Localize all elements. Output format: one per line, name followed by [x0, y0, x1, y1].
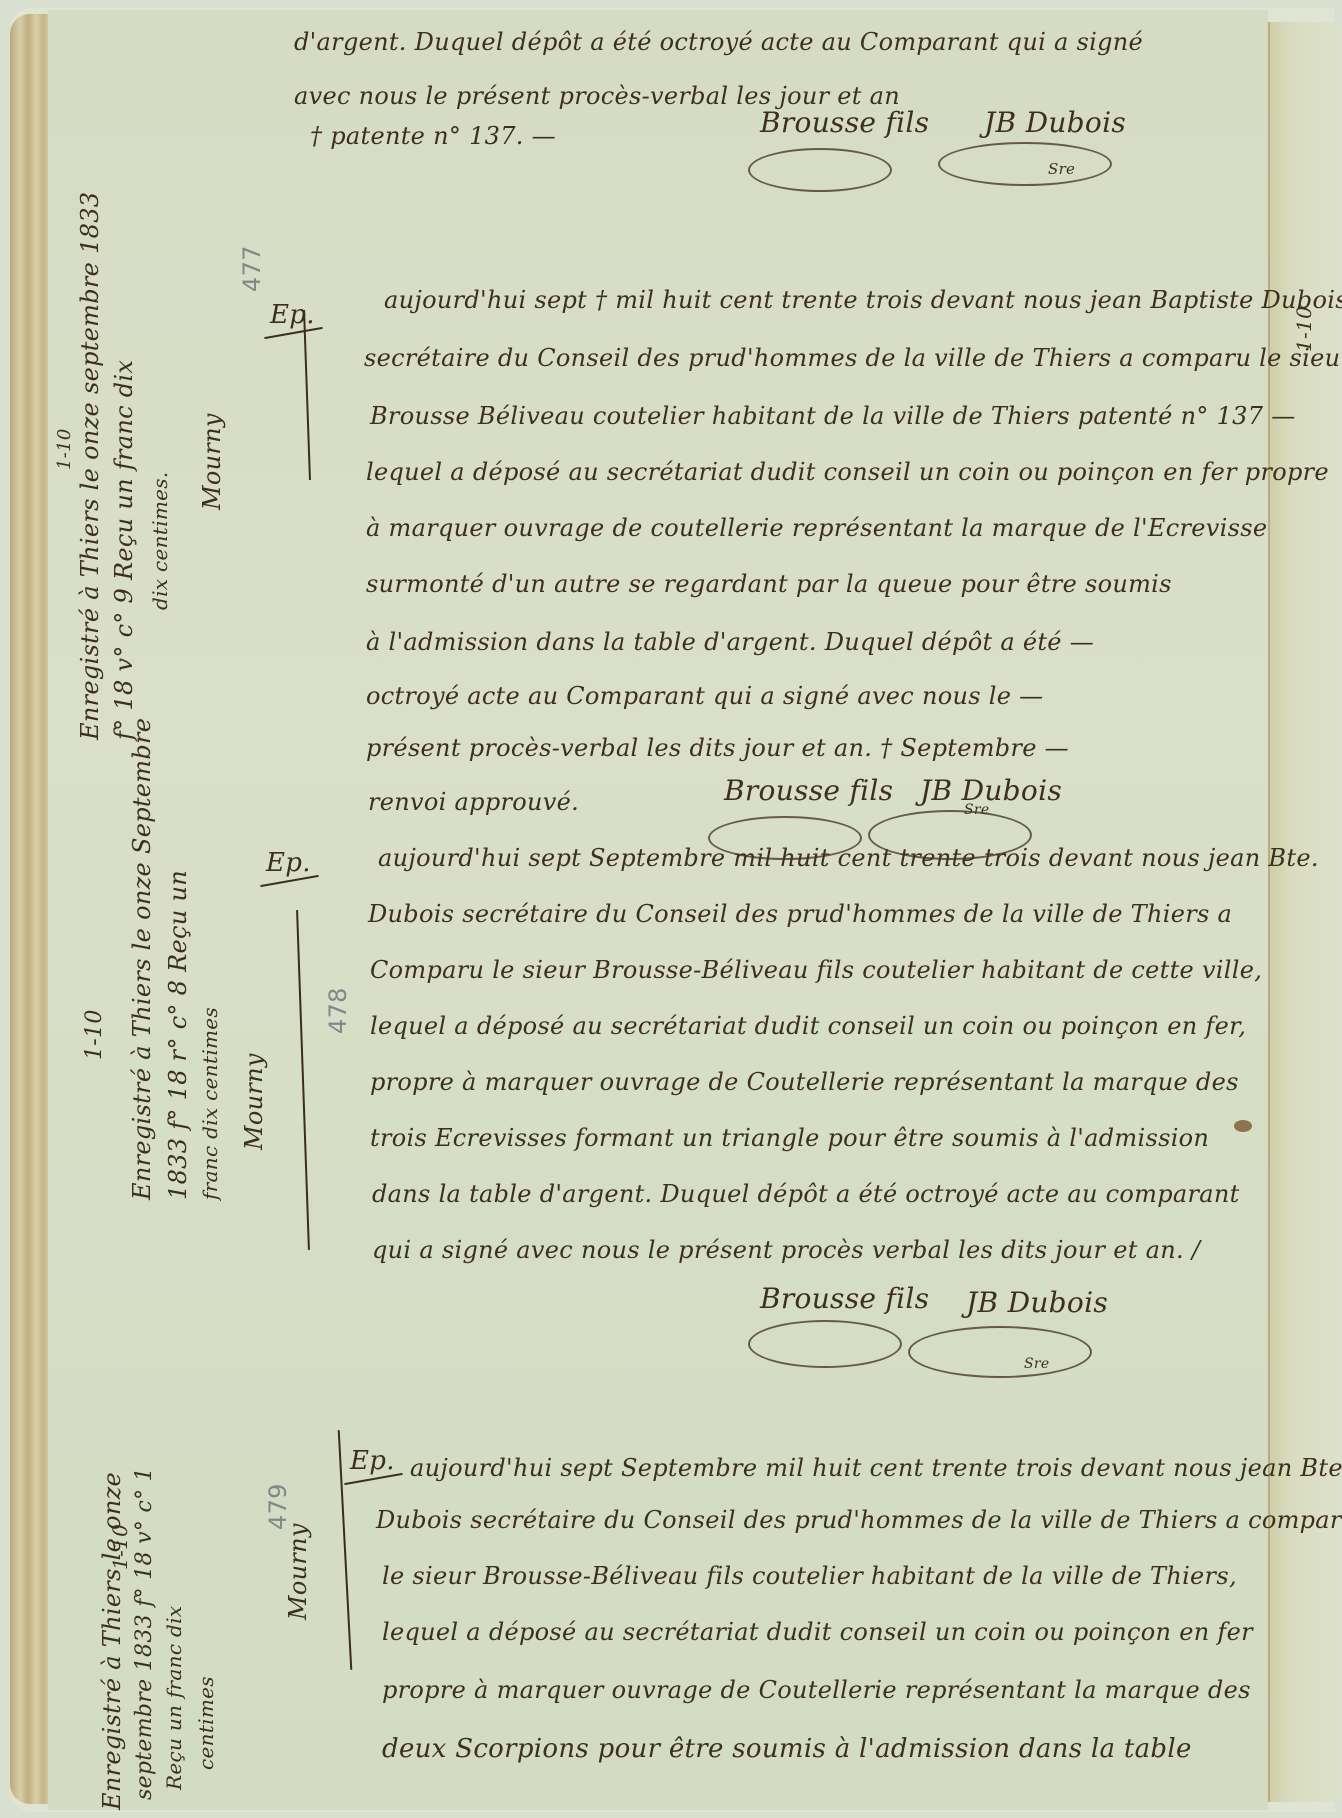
signature-suffix: Sre — [1048, 160, 1075, 178]
margin-initials-477: Mourny — [198, 413, 226, 510]
entry-477-line-7: à l'admission dans la table d'argent. Du… — [366, 628, 1094, 656]
signature-brousse-top: Brousse fils — [760, 106, 929, 139]
entry-marker-479: Ep. — [350, 1446, 395, 1476]
entry-478-line-4: lequel a déposé au secrétariat dudit con… — [370, 1012, 1246, 1040]
entry-479-line-4: lequel a déposé au secrétariat dudit con… — [382, 1618, 1253, 1646]
margin-registration-479-line-1: Enregistré à Thiers le onze — [98, 1472, 126, 1810]
entry-479-line-5: propre à marquer ouvrage de Coutellerie … — [382, 1676, 1251, 1704]
margin-rule — [296, 910, 310, 1250]
signature-flourish-icon — [908, 1326, 1092, 1378]
margin-registration-478-line-2: 1833 f° 18 r° c° 8 Reçu un — [164, 870, 192, 1200]
entry-479-line-2: Dubois secrétaire du Conseil des prud'ho… — [376, 1506, 1342, 1534]
entry-478-line-5: propre à marquer ouvrage de Coutellerie … — [370, 1068, 1239, 1096]
margin-fee-479: 1-10 — [108, 1524, 132, 1570]
entry-478-line-6: trois Ecrevisses formant un triangle pou… — [370, 1124, 1209, 1152]
entry-477-line-6: surmonté d'un autre se regardant par la … — [366, 570, 1172, 598]
entry-marker-478: Ep. — [266, 848, 311, 878]
entry-marker-477: Ep. — [270, 300, 315, 330]
signature-dubois-477: JB Dubois — [920, 774, 1062, 807]
margin-registration-477-line-1: Enregistré à Thiers le onze septembre 18… — [76, 192, 104, 740]
entry-477-line-1: aujourd'hui sept † mil huit cent trente … — [384, 286, 1342, 314]
entry-479-line-6: deux Scorpions pour être soumis à l'admi… — [382, 1734, 1192, 1764]
entry-477-line-5: à marquer ouvrage de coutellerie représe… — [366, 514, 1267, 542]
entry-478-line-8: qui a signé avec nous le présent procès … — [372, 1236, 1200, 1264]
signature-flourish-icon — [938, 142, 1112, 186]
margin-registration-479-line-4: centimes — [194, 1676, 218, 1770]
margin-fee-477: 1-10 — [54, 428, 75, 470]
signature-brousse-477: Brousse fils — [724, 774, 893, 807]
entry-477-line-9: présent procès-verbal les dits jour et a… — [366, 734, 1069, 762]
signature-flourish-icon — [748, 1320, 902, 1368]
signature-brousse-478: Brousse fils — [760, 1282, 929, 1315]
top-line-1: d'argent. Duquel dépôt a été octroyé act… — [294, 28, 1143, 56]
signature-suffix: Sre — [964, 802, 989, 818]
signature-dubois-top: JB Dubois — [984, 106, 1126, 139]
page-stack-edge — [10, 14, 50, 1804]
ink-stain — [1234, 1120, 1252, 1132]
margin-registration-478-line-1: Enregistré à Thiers le onze Septembre — [128, 718, 156, 1200]
entry-478-line-1: aujourd'hui sept Septembre mil huit cent… — [378, 844, 1319, 872]
entry-477-line-8: octroyé acte au Comparant qui a signé av… — [366, 682, 1044, 710]
entry-477-line-3: Brousse Béliveau coutelier habitant de l… — [370, 402, 1296, 430]
top-line-3: † patente n° 137. — — [310, 122, 556, 150]
margin-fee-478: 1-10 — [82, 1009, 107, 1060]
entry-479-line-1: aujourd'hui sept Septembre mil huit cent… — [410, 1454, 1342, 1482]
margin-registration-479-line-2: septembre 1833 f° 18 v° c° 1 — [132, 1467, 157, 1800]
margin-registration-478-line-3: franc dix centimes — [198, 1007, 222, 1200]
margin-registration-479-line-3: Reçu un franc dix — [162, 1606, 186, 1790]
margin-initials-479: Mourny — [284, 1523, 312, 1620]
margin-initials-478: Mourny — [240, 1053, 268, 1150]
pencil-number-478: 478 — [324, 987, 352, 1034]
signature-flourish-icon — [748, 148, 892, 192]
pencil-number-477: 477 — [238, 245, 266, 292]
entry-477-line-2: secrétaire du Conseil des prud'hommes de… — [364, 344, 1342, 372]
entry-477-line-4: lequel a déposé au secrétariat dudit con… — [366, 458, 1329, 486]
signature-dubois-478: JB Dubois — [966, 1286, 1108, 1319]
margin-registration-477-line-2: f° 18 v° c° 9 Reçu un franc dix — [110, 360, 138, 740]
register-page: d'argent. Duquel dépôt a été octroyé act… — [48, 10, 1268, 1810]
entry-479-line-3: le sieur Brousse-Béliveau fils coutelier… — [382, 1562, 1237, 1590]
entry-477-line-10: renvoi approuvé. — [368, 788, 579, 816]
entry-478-line-7: dans la table d'argent. Duquel dépôt a é… — [372, 1180, 1240, 1208]
entry-478-line-2: Dubois secrétaire du Conseil des prud'ho… — [368, 900, 1232, 928]
signature-suffix: Sre — [1024, 1356, 1049, 1372]
margin-registration-477-line-3: dix centimes. — [148, 471, 172, 610]
entry-478-line-3: Comparu le sieur Brousse-Béliveau fils c… — [370, 956, 1262, 984]
margin-rule — [303, 310, 311, 480]
